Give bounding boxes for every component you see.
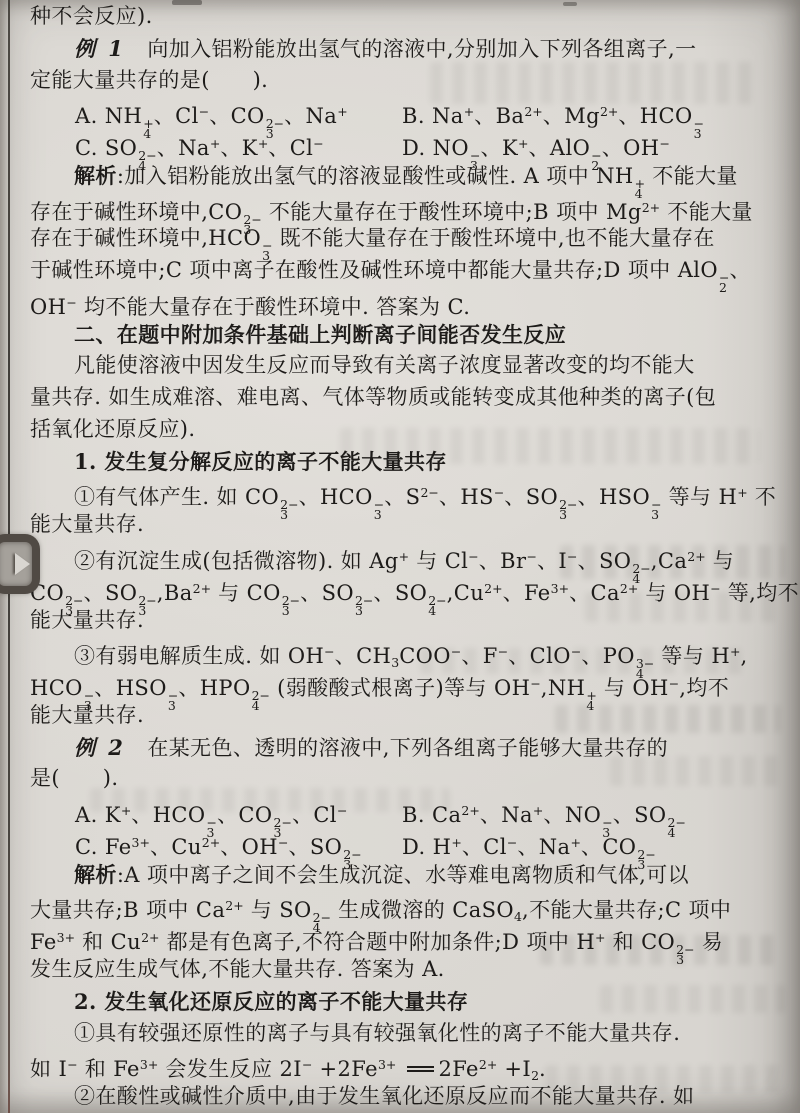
chemical-formula: SO2−4 xyxy=(599,549,651,573)
chemical-formula: SO2−4 xyxy=(279,898,331,922)
chemical-formula: NO−3 xyxy=(433,136,481,160)
text-line: ②在酸性或碱性介质中,由于发生氧化还原反应而不能大量共存. 如 xyxy=(30,1081,778,1113)
text-line: 括氧化还原反应). xyxy=(30,414,778,446)
text-line: Fe3+ 和 Cu2+ 都是有色离子,不符合题中附加条件;D 项中 H+ 和 C… xyxy=(30,922,778,954)
option-row: A. NH+4、Cl−、CO2−3、Na+B. Na+、Ba2+、Mg2+、HC… xyxy=(30,96,778,128)
chemical-formula: AlO−2 xyxy=(550,136,602,160)
chemical-formula: SO2−4 xyxy=(395,581,447,605)
chemical-formula: H+ xyxy=(711,644,740,668)
chemical-formula: Cl− xyxy=(483,835,517,859)
chemical-formula: OH− xyxy=(494,676,541,700)
text-line: ③有弱电解质生成. 如 OH−、CH3COO−、F−、ClO−、PO3−4 等与… xyxy=(30,636,778,668)
chemical-formula: NH+4 xyxy=(548,676,597,700)
chemical-formula: K+ xyxy=(105,803,132,827)
chemical-formula: Cl− xyxy=(175,104,209,128)
chemical-formula: Cl− xyxy=(313,803,347,827)
text-line: 凡能使溶液中因发生反应而导致有关离子浓度显著改变的均不能大 xyxy=(30,350,778,382)
chemical-formula: I2 xyxy=(522,1057,539,1081)
text-line: ①具有较强还原性的离子与具有较强氧化性的离子不能大量共存. xyxy=(30,1018,778,1050)
chemical-formula: HCO−3 xyxy=(208,226,272,250)
chemical-formula: OH− xyxy=(623,136,670,160)
text-line: 2. 发生氧化还原反应的离子不能大量共存 xyxy=(30,986,778,1018)
chemical-formula: Na+ xyxy=(178,136,220,160)
chemical-formula: SO2−3 xyxy=(322,581,374,605)
chemical-formula: H+ xyxy=(719,485,748,509)
chemical-formula: HPO2−4 xyxy=(200,676,270,700)
chemical-formula: OH− xyxy=(242,835,289,859)
chemical-formula: Ca2+ xyxy=(590,581,638,605)
textbook-page: 种不会反应).例 1 向加入铝粉能放出氢气的溶液中,分别加入下列各组离子,一定能… xyxy=(0,0,800,1113)
chemical-formula: SO2−4 xyxy=(105,136,157,160)
chemical-formula: Ca2+ xyxy=(196,898,244,922)
chemical-formula: K+ xyxy=(242,136,269,160)
chemical-formula: CO2−3 xyxy=(247,581,301,605)
chemical-formula: CaSO4 xyxy=(452,898,522,922)
text-line: 如 I− 和 Fe3+ 会发生反应 2I− +2Fe3+ 2Fe2+ +I2. xyxy=(30,1049,778,1081)
text-line: 例 2 在某无色、透明的溶液中,下列各组离子能够大量共存的 xyxy=(30,732,778,764)
chemical-formula: Na+ xyxy=(539,835,581,859)
chemical-formula: Fe3+ xyxy=(113,1057,158,1081)
chemical-formula: SO2−3 xyxy=(105,581,157,605)
chemical-formula: CO2−3 xyxy=(245,485,299,509)
chemical-formula: Br− xyxy=(500,549,537,573)
chemical-formula: CO2−3 xyxy=(641,930,695,954)
chemical-formula: Fe2+ xyxy=(452,1057,497,1081)
chemical-formula: Cu2+ xyxy=(454,581,503,605)
chemical-formula: NH+4 xyxy=(596,164,645,188)
text-line: CO2−3、SO2−3,Ba2+ 与 CO2−3、SO2−3、SO2−4,Cu2… xyxy=(30,573,778,605)
text-line: OH− 均不能大量存在于酸性环境中. 答案为 C. xyxy=(30,287,778,319)
chemical-formula: H+ xyxy=(433,835,462,859)
chemical-formula: Na+ xyxy=(432,104,474,128)
chemical-formula: HS− xyxy=(460,485,504,509)
chemical-formula: CO2−3 xyxy=(238,803,292,827)
chemical-formula: Ag+ xyxy=(369,549,409,573)
chemical-formula: Fe3+ xyxy=(105,835,150,859)
chemical-formula: CO2−3 xyxy=(231,104,285,128)
text-line: 二、在题中附加条件基础上判断离子间能否发生反应 xyxy=(30,319,778,351)
text-line: 大量共存;B 项中 Ca2+ 与 SO2−4 生成微溶的 CaSO4,不能大量共… xyxy=(30,890,778,922)
chemical-formula: Ba2+ xyxy=(164,581,211,605)
chemical-formula: ClO− xyxy=(530,644,582,668)
chemical-formula: OH− xyxy=(674,581,721,605)
chemical-formula: CO2−3 xyxy=(602,835,656,859)
option-row: C. SO2−4、Na+、K+、Cl−D. NO−3、K+、AlO−2、OH− xyxy=(30,128,778,160)
text-line: 解析:加入铝粉能放出氢气的溶液显酸性或碱性. A 项中 NH+4 不能大量 xyxy=(30,160,778,192)
chemical-formula: SO2−3 xyxy=(526,485,578,509)
chemical-formula: OH− xyxy=(632,676,679,700)
chemical-formula: HCO−3 xyxy=(30,676,94,700)
text-line: ②有沉淀生成(包括微溶物). 如 Ag+ 与 Cl−、Br−、I−、SO2−4,… xyxy=(30,541,778,573)
text-line: 存在于碱性环境中,HCO−3 既不能大量存在于酸性环境中,也不能大量存在 xyxy=(30,223,778,255)
chemical-formula: Ba2+ xyxy=(496,104,543,128)
text-line: 于碱性环境中;C 项中离子在酸性及碱性环境中都能大量共存;D 项中 AlO−2、 xyxy=(30,255,778,287)
chemical-formula: HCO−3 xyxy=(640,104,704,128)
chemical-formula: SO2−4 xyxy=(634,803,686,827)
chemical-formula: HCO−3 xyxy=(153,803,217,827)
arrow-right-icon xyxy=(15,553,30,575)
option-row: A. K+、HCO−3、CO2−3、Cl−B. Ca2+、Na+、NO−3、SO… xyxy=(30,795,778,827)
chemical-formula: OH− xyxy=(30,295,77,319)
chemical-formula: SO2−3 xyxy=(310,835,362,859)
text-line: ①有气体产生. 如 CO2−3、HCO−3、S2−、HS−、SO2−3、HSO−… xyxy=(30,477,778,509)
chemical-formula: COO− xyxy=(399,644,461,668)
page-tab-arrow-marker xyxy=(0,534,40,594)
text-line: 1. 发生复分解反应的离子不能大量共存 xyxy=(30,446,778,478)
text-line: 存在于碱性环境中,CO2−3 不能大量存在于酸性环境中;B 项中 Mg2+ 不能… xyxy=(30,192,778,224)
text-line: HCO−3、HSO−3、HPO2−4 (弱酸酸式根离子)等与 OH−,NH+4 … xyxy=(30,668,778,700)
chemical-formula: Na+ xyxy=(306,104,348,128)
chemical-formula: NH+4 xyxy=(105,104,154,128)
chemical-formula: HSO−3 xyxy=(116,676,179,700)
chemical-formula: Na+ xyxy=(501,803,543,827)
chemical-formula: I− xyxy=(293,1057,312,1081)
text-line: 量共存. 如生成难溶、难电离、气体等物质或能转变成其他种类的离子(包 xyxy=(30,382,778,414)
chemical-formula: NO−3 xyxy=(565,803,613,827)
chemical-formula: F− xyxy=(483,644,508,668)
text-line: 能大量共存. xyxy=(30,700,778,732)
text-line: 能大量共存. xyxy=(30,509,778,541)
chemical-formula: PO3−4 xyxy=(603,644,655,668)
chemical-formula: Cl− xyxy=(445,549,479,573)
chemical-formula: Fe3+ xyxy=(351,1057,396,1081)
chemical-formula: Cl− xyxy=(290,136,324,160)
chemical-formula: Cu2+ xyxy=(171,835,220,859)
chemical-formula: CH3 xyxy=(356,644,399,668)
chemical-formula: H+ xyxy=(576,930,605,954)
chemical-formula: Ca2+ xyxy=(658,549,706,573)
chemical-formula: Fe3+ xyxy=(30,930,75,954)
chemical-formula: HSO−3 xyxy=(599,485,662,509)
text-line: 能大量共存. xyxy=(30,605,778,637)
chemical-formula: AlO−2 xyxy=(678,258,730,282)
chemical-formula: I− xyxy=(558,549,577,573)
text-line: 发生反应生成气体,不能大量共存. 答案为 A. xyxy=(30,954,778,986)
chemical-formula: I− xyxy=(58,1057,77,1081)
chemical-formula: Fe3+ xyxy=(524,581,569,605)
chemical-equation-sign xyxy=(407,1066,434,1072)
chemical-formula: CO2−3 xyxy=(208,200,262,224)
chemical-formula: OH− xyxy=(288,644,335,668)
option-row: C. Fe3+、Cu2+、OH−、SO2−3D. H+、Cl−、Na+、CO2−… xyxy=(30,827,778,859)
chemical-formula: Ca2+ xyxy=(432,803,480,827)
text-line: 种不会反应). xyxy=(30,1,778,33)
chemical-formula: S2− xyxy=(406,485,439,509)
text-line: 是( ). xyxy=(30,763,778,795)
chemical-formula: Mg2+ xyxy=(606,200,660,224)
text-line: 定能大量共存的是( ). xyxy=(30,65,778,97)
text-line: 解析:A 项中离子之间不会生成沉淀、水等难电离物质和气体,可以 xyxy=(30,859,778,891)
chemical-formula: Mg2+ xyxy=(564,104,618,128)
chemical-formula: HCO−3 xyxy=(320,485,384,509)
text-column: 种不会反应).例 1 向加入铝粉能放出氢气的溶液中,分别加入下列各组离子,一定能… xyxy=(30,1,778,1113)
chemical-formula: K+ xyxy=(502,136,529,160)
text-line: 例 1 向加入铝粉能放出氢气的溶液中,分别加入下列各组离子,一 xyxy=(30,33,778,65)
chemical-formula: Cu2+ xyxy=(111,930,160,954)
